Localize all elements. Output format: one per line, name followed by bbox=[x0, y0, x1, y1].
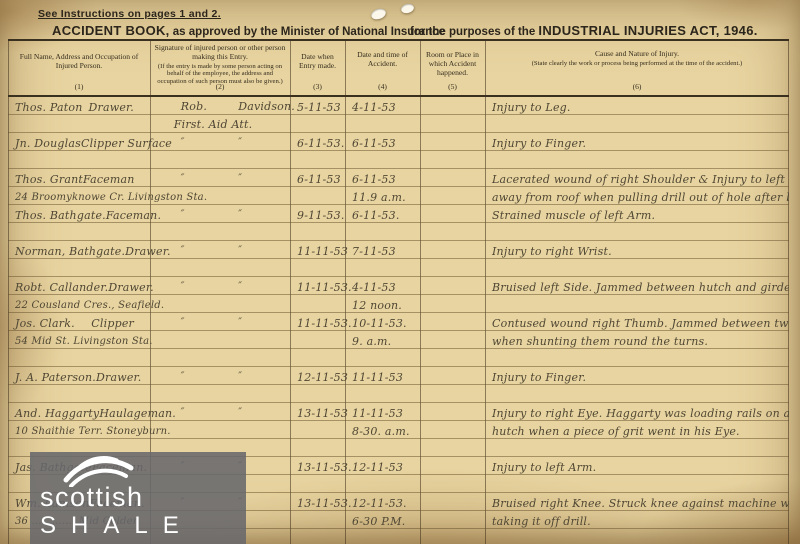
punch-hole-icon bbox=[400, 3, 415, 15]
watermark-text-shale: SHALE bbox=[40, 512, 194, 540]
ruled-line bbox=[290, 439, 345, 457]
record-row: Norman, Bathgate.Drawer.″″11-11-537-11-5… bbox=[8, 241, 789, 277]
ruled-line bbox=[420, 133, 485, 151]
ruled-line: 11-11-53 bbox=[290, 241, 345, 259]
handwritten-accident-time: 12 noon. bbox=[352, 300, 402, 311]
ruled-line bbox=[420, 511, 485, 529]
ruled-line: ″″ bbox=[150, 169, 290, 187]
place-cell bbox=[420, 457, 485, 493]
handwritten-cause: when shunting them round the turns. bbox=[492, 336, 708, 347]
accident-date-cell: 6-11-53 bbox=[345, 133, 420, 169]
ruled-line: away from roof when pulling drill out of… bbox=[485, 187, 789, 205]
handwritten-entry-date: 6-11-53. bbox=[297, 138, 345, 149]
name-cell: Thos. Bathgate.Faceman. bbox=[8, 205, 150, 241]
handwritten-accident-date: 10-11-53. bbox=[352, 318, 407, 329]
ruled-line: ″″ bbox=[150, 403, 290, 421]
ruled-line bbox=[420, 151, 485, 169]
ruled-line bbox=[485, 295, 789, 313]
handwritten-accident-date: 4-11-53 bbox=[352, 282, 396, 293]
ruled-line: Robt. Callander.Drawer. bbox=[8, 277, 150, 295]
handwritten-accident-date: 7-11-53 bbox=[352, 246, 396, 257]
ruled-line: ″″ bbox=[150, 367, 290, 385]
handwritten-signature: ″ bbox=[238, 138, 242, 148]
ruled-line bbox=[345, 385, 420, 403]
handwritten-signature-note: First. Aid Att. bbox=[174, 119, 253, 130]
ruled-line bbox=[345, 439, 420, 457]
ruled-line bbox=[420, 97, 485, 115]
ruled-line: 6-11-53 bbox=[345, 169, 420, 187]
ruled-line bbox=[420, 223, 485, 241]
ruled-line: 4-11-53 bbox=[345, 97, 420, 115]
column-number: (6) bbox=[485, 83, 789, 92]
handwritten-name: Jn. Douglas bbox=[15, 138, 81, 149]
record-row: And. HaggartyHaulageman.10 Shaithie Terr… bbox=[8, 403, 789, 457]
ruled-line: 11-11-53. bbox=[290, 277, 345, 295]
ruled-line: Injury to right Eye. Haggarty was loadin… bbox=[485, 403, 789, 421]
handwritten-entry-date: 13-11-53 bbox=[297, 408, 348, 419]
column-header-signature: Signature of injured person or other per… bbox=[150, 41, 290, 95]
handwritten-signature: ″ bbox=[181, 210, 185, 220]
ruled-line bbox=[420, 493, 485, 511]
ruled-line: 6-11-53. bbox=[345, 205, 420, 223]
ruled-line: 24 Broomyknowe Cr. Livingston Sta. bbox=[8, 187, 150, 205]
ruled-line bbox=[485, 529, 789, 544]
accident-date-cell: 12-11-53.6-30 P.M. bbox=[345, 493, 420, 544]
ruled-line bbox=[345, 223, 420, 241]
name-cell: Thos. GrantFaceman24 Broomyknowe Cr. Liv… bbox=[8, 169, 150, 205]
ruled-line: 22 Cousland Cres., Seafield. bbox=[8, 295, 150, 313]
handwritten-name: Jos. Clark. bbox=[15, 318, 75, 329]
ruled-line bbox=[485, 223, 789, 241]
ruled-line bbox=[150, 331, 290, 349]
ruled-line bbox=[290, 421, 345, 439]
ruled-line bbox=[290, 151, 345, 169]
ruled-line bbox=[290, 385, 345, 403]
ruled-line bbox=[420, 115, 485, 133]
accident-date-cell: 6-11-53. bbox=[345, 205, 420, 241]
column-header-note: (State clearly the work or process being… bbox=[489, 60, 785, 68]
ruled-line bbox=[8, 385, 150, 403]
ruled-line: ″″ bbox=[150, 205, 290, 223]
handwritten-entry-date: 13-11-53. bbox=[297, 498, 352, 509]
ruled-line bbox=[290, 259, 345, 277]
ruled-line bbox=[345, 529, 420, 544]
handwritten-signature: ″ bbox=[181, 408, 185, 418]
ruled-line bbox=[485, 115, 789, 133]
ruled-line: 9-11-53. bbox=[290, 205, 345, 223]
place-cell bbox=[420, 241, 485, 277]
record-row: Thos. Bathgate.Faceman.″″9-11-53.6-11-53… bbox=[8, 205, 789, 241]
column-header-cause: Cause and Nature of Injury. (State clear… bbox=[485, 41, 789, 95]
handwritten-name: Thos. Grant bbox=[15, 174, 83, 185]
ruled-line: Thos. Bathgate.Faceman. bbox=[8, 205, 150, 223]
handwritten-signature: ″ bbox=[181, 138, 185, 148]
ruled-line bbox=[290, 187, 345, 205]
ruled-line: Jos. Clark.Clipper bbox=[8, 313, 150, 331]
record-row: J. A. Paterson.Drawer.″″12-11-5311-11-53… bbox=[8, 367, 789, 403]
column-header-label: Date when Entry made. bbox=[299, 52, 336, 70]
place-cell bbox=[420, 169, 485, 205]
cause-cell: Strained muscle of left Arm. bbox=[485, 205, 789, 241]
ruled-line bbox=[420, 313, 485, 331]
ruled-line bbox=[420, 295, 485, 313]
cause-cell: Injury to left Arm. bbox=[485, 457, 789, 493]
handwritten-cause: Injury to Finger. bbox=[492, 138, 586, 149]
handwritten-accident-time: 8-30. a.m. bbox=[352, 426, 410, 437]
ruled-line: 13-11-53 bbox=[290, 403, 345, 421]
handwritten-occupation: Drawer. bbox=[96, 372, 155, 383]
handwritten-cause: taking it off drill. bbox=[492, 516, 591, 527]
handwritten-accident-date: 6-11-53 bbox=[352, 174, 396, 185]
ruled-line bbox=[290, 529, 345, 544]
handwritten-entry-date: 12-11-53 bbox=[297, 372, 348, 383]
entry-date-cell: 12-11-53 bbox=[290, 367, 345, 403]
ruled-line: taking it off drill. bbox=[485, 511, 789, 529]
entry-date-cell: 5-11-53 bbox=[290, 97, 345, 133]
entry-date-cell: 13-11-53. bbox=[290, 493, 345, 544]
ruled-line: Norman, Bathgate.Drawer. bbox=[8, 241, 150, 259]
ruled-line bbox=[290, 349, 345, 367]
ruled-line bbox=[420, 205, 485, 223]
handwritten-accident-time: 6-30 P.M. bbox=[352, 516, 405, 527]
accident-book-title: ACCIDENT BOOK, as approved by the Minist… bbox=[52, 23, 400, 38]
ruled-line: ″″ bbox=[150, 313, 290, 331]
accident-date-cell: 4-11-53 bbox=[345, 97, 420, 133]
ruled-line bbox=[150, 385, 290, 403]
accident-date-cell: 11-11-53 bbox=[345, 367, 420, 403]
accident-book-title-rest: as approved by the Minister of National … bbox=[170, 26, 445, 38]
ruled-line bbox=[420, 259, 485, 277]
ruled-line bbox=[290, 475, 345, 493]
signature-cell: ″″ bbox=[150, 133, 290, 169]
handwritten-signature: ″ bbox=[181, 372, 185, 382]
handwritten-cause: Bruised left Side. Jammed between hutch … bbox=[492, 282, 789, 293]
handwritten-cause: Injury to right Eye. Haggarty was loadin… bbox=[492, 408, 789, 419]
ruled-line bbox=[420, 421, 485, 439]
ruled-line bbox=[345, 115, 420, 133]
name-cell: Robt. Callander.Drawer.22 Cousland Cres.… bbox=[8, 277, 150, 313]
ruled-line bbox=[485, 349, 789, 367]
name-cell: Norman, Bathgate.Drawer. bbox=[8, 241, 150, 277]
cause-cell: Bruised left Side. Jammed between hutch … bbox=[485, 277, 789, 313]
ruled-line bbox=[8, 349, 150, 367]
column-header-label: Date and time of Accident. bbox=[357, 50, 408, 68]
ruled-line: 12-11-53 bbox=[345, 457, 420, 475]
ruled-line: Thos. PatonDrawer. bbox=[8, 97, 150, 115]
handwritten-signature: ″ bbox=[238, 372, 242, 382]
ruled-line bbox=[290, 511, 345, 529]
accident-date-cell: 4-11-5312 noon. bbox=[345, 277, 420, 313]
ruled-line bbox=[290, 295, 345, 313]
place-cell bbox=[420, 313, 485, 367]
ruled-line bbox=[420, 349, 485, 367]
ruled-line bbox=[485, 259, 789, 277]
entry-date-cell: 11-11-53. bbox=[290, 277, 345, 313]
handwritten-cause: Contused wound right Thumb. Jammed betwe… bbox=[492, 318, 789, 329]
entry-date-cell: 6-11-53 bbox=[290, 169, 345, 205]
cause-cell: Injury to Finger. bbox=[485, 133, 789, 169]
cause-cell: Bruised right Knee. Struck knee against … bbox=[485, 493, 789, 544]
ruled-line: 13-11-53. bbox=[290, 493, 345, 511]
column-number: (1) bbox=[8, 83, 150, 92]
ruled-line: Injury to Finger. bbox=[485, 133, 789, 151]
record-row: Thos. PatonDrawer.Rob.Davidson.First. Ai… bbox=[8, 97, 789, 133]
ruled-line bbox=[420, 331, 485, 349]
cause-cell: Injury to Leg. bbox=[485, 97, 789, 133]
ruled-line: Rob.Davidson. bbox=[150, 97, 290, 115]
scottish-shale-watermark: scottish SHALE bbox=[30, 452, 246, 544]
cause-cell: Injury to Finger. bbox=[485, 367, 789, 403]
handwritten-signature: ″ bbox=[181, 318, 185, 328]
entry-date-cell: 13-11-53 bbox=[290, 403, 345, 457]
record-row: Robt. Callander.Drawer.22 Cousland Cres.… bbox=[8, 277, 789, 313]
ruled-line bbox=[150, 349, 290, 367]
handwritten-name: Thos. Paton bbox=[15, 102, 82, 113]
ruled-line: Injury to left Arm. bbox=[485, 457, 789, 475]
handwritten-cause: Injury to right Wrist. bbox=[492, 246, 612, 257]
ruled-line: Contused wound right Thumb. Jammed betwe… bbox=[485, 313, 789, 331]
handwritten-cause: Lacerated wound of right Shoulder & Inju… bbox=[492, 174, 789, 185]
accident-date-cell: 10-11-53.9. a.m. bbox=[345, 313, 420, 367]
handwritten-occupation: Faceman bbox=[83, 174, 148, 185]
ruled-line bbox=[485, 439, 789, 457]
ruled-line bbox=[8, 259, 150, 277]
cause-cell: Lacerated wound of right Shoulder & Inju… bbox=[485, 169, 789, 205]
ruled-line: Injury to right Wrist. bbox=[485, 241, 789, 259]
name-cell: J. A. Paterson.Drawer. bbox=[8, 367, 150, 403]
column-header-label: Signature of injured person or other per… bbox=[155, 43, 286, 61]
handwritten-entry-date: 6-11-53 bbox=[297, 174, 341, 185]
ruled-line: Injury to Finger. bbox=[485, 367, 789, 385]
ruled-line: 11-11-53. bbox=[290, 313, 345, 331]
ruled-line bbox=[290, 115, 345, 133]
ruled-line: Thos. GrantFaceman bbox=[8, 169, 150, 187]
column-number: (5) bbox=[420, 83, 485, 92]
handwritten-signature: ″ bbox=[238, 408, 242, 418]
act-title-caps: INDUSTRIAL INJURIES ACT, 1946. bbox=[538, 23, 757, 38]
ruled-line bbox=[485, 385, 789, 403]
ruled-line: J. A. Paterson.Drawer. bbox=[8, 367, 150, 385]
entry-date-cell: 6-11-53. bbox=[290, 133, 345, 169]
handwritten-cause: Bruised right Knee. Struck knee against … bbox=[492, 498, 789, 509]
signature-cell: ″″ bbox=[150, 205, 290, 241]
handwritten-signature: ″ bbox=[181, 174, 185, 184]
ruled-line bbox=[150, 223, 290, 241]
cause-cell: Contused wound right Thumb. Jammed betwe… bbox=[485, 313, 789, 367]
ruled-line bbox=[290, 331, 345, 349]
ruled-line: 54 Mid St. Livingston Sta. bbox=[8, 331, 150, 349]
ruled-line: Injury to Leg. bbox=[485, 97, 789, 115]
ruled-line: 11-11-53 bbox=[345, 367, 420, 385]
ruled-line: Bruised right Knee. Struck knee against … bbox=[485, 493, 789, 511]
handwritten-cause: hutch when a piece of grit went in his E… bbox=[492, 426, 740, 437]
punch-hole-icon bbox=[370, 7, 387, 21]
accident-book-title-caps: ACCIDENT BOOK, bbox=[52, 23, 170, 38]
handwritten-address: 54 Mid St. Livingston Sta. bbox=[15, 337, 153, 347]
ruled-line bbox=[420, 241, 485, 259]
handwritten-name: Thos. Bathgate. bbox=[15, 210, 106, 221]
handwritten-address: 22 Cousland Cres., Seafield. bbox=[15, 301, 164, 311]
handwritten-accident-date: 4-11-53 bbox=[352, 102, 396, 113]
ruled-line bbox=[420, 187, 485, 205]
watermark-text-scottish: scottish bbox=[40, 484, 144, 511]
ruled-line: ″″ bbox=[150, 277, 290, 295]
column-header-label: Full Name, Address and Occupation of Inj… bbox=[20, 52, 139, 70]
ruled-line: 8-30. a.m. bbox=[345, 421, 420, 439]
place-cell bbox=[420, 97, 485, 133]
ruled-line bbox=[150, 421, 290, 439]
act-title: for the purposes of the INDUSTRIAL INJUR… bbox=[410, 23, 716, 38]
ruled-line: 7-11-53 bbox=[345, 241, 420, 259]
name-cell: Thos. PatonDrawer. bbox=[8, 97, 150, 133]
ruled-line bbox=[485, 475, 789, 493]
signature-cell: ″″ bbox=[150, 403, 290, 457]
handwritten-accident-time: 11.9 a.m. bbox=[352, 192, 406, 203]
handwritten-cause: Injury to Leg. bbox=[492, 102, 571, 113]
column-number: (4) bbox=[345, 83, 420, 92]
handwritten-signature: ″ bbox=[181, 282, 185, 292]
column-number: (3) bbox=[290, 83, 345, 92]
ruled-line: 6-11-53 bbox=[345, 133, 420, 151]
ruled-line bbox=[420, 367, 485, 385]
record-row: Jn. DouglasClipper Surface″″6-11-53.6-11… bbox=[8, 133, 789, 169]
ruled-line: 4-11-53 bbox=[345, 277, 420, 295]
signature-cell: ″″ bbox=[150, 277, 290, 313]
ruled-line bbox=[345, 259, 420, 277]
ruled-line: 6-11-53 bbox=[290, 169, 345, 187]
place-cell bbox=[420, 403, 485, 457]
ruled-line: Jn. DouglasClipper Surface bbox=[8, 133, 150, 151]
ruled-line bbox=[420, 457, 485, 475]
ruled-line bbox=[150, 151, 290, 169]
ruled-line bbox=[345, 151, 420, 169]
place-cell bbox=[420, 205, 485, 241]
handwritten-cause: Strained muscle of left Arm. bbox=[492, 210, 655, 221]
handwritten-accident-time: 9. a.m. bbox=[352, 336, 391, 347]
ruled-line bbox=[8, 115, 150, 133]
signature-cell: ″″ bbox=[150, 241, 290, 277]
record-row: Thos. GrantFaceman24 Broomyknowe Cr. Liv… bbox=[8, 169, 789, 205]
column-header-label: Cause and Nature of Injury. bbox=[595, 49, 679, 58]
cause-cell: Injury to right Wrist. bbox=[485, 241, 789, 277]
entry-date-cell: 11-11-53 bbox=[290, 241, 345, 277]
ruled-line: 12-11-53 bbox=[290, 367, 345, 385]
ruled-line: 10 Shaithie Terr. Stoneyburn. bbox=[8, 421, 150, 439]
handwritten-name: And. Haggarty bbox=[15, 408, 99, 419]
ruled-line bbox=[8, 151, 150, 169]
signature-cell: ″″ bbox=[150, 367, 290, 403]
ruled-line: And. HaggartyHaulageman. bbox=[8, 403, 150, 421]
handwritten-signature: Rob. bbox=[181, 101, 207, 112]
ruled-line: 6-30 P.M. bbox=[345, 511, 420, 529]
handwritten-entry-date: 9-11-53. bbox=[297, 210, 345, 221]
ruled-line: 9. a.m. bbox=[345, 331, 420, 349]
ruled-line: Lacerated wound of right Shoulder & Inju… bbox=[485, 169, 789, 187]
handwritten-occupation: Drawer. bbox=[88, 102, 147, 113]
column-header-entry-date: Date when Entry made. (3) bbox=[290, 41, 345, 95]
column-header-place: Room or Place in which Accident happened… bbox=[420, 41, 485, 95]
cause-cell: Injury to right Eye. Haggarty was loadin… bbox=[485, 403, 789, 457]
handwritten-signature: Davidson. bbox=[238, 101, 295, 112]
ruled-line: hutch when a piece of grit went in his E… bbox=[485, 421, 789, 439]
handwritten-cause: Injury to left Arm. bbox=[492, 462, 596, 473]
ruled-line bbox=[420, 403, 485, 421]
handwritten-entry-date: 11-11-53. bbox=[297, 282, 352, 293]
ruled-line: 5-11-53 bbox=[290, 97, 345, 115]
handwritten-name: J. A. Paterson. bbox=[15, 372, 96, 383]
ruled-line bbox=[420, 385, 485, 403]
column-number: (2) bbox=[150, 83, 290, 92]
place-cell bbox=[420, 277, 485, 313]
accident-date-cell: 12-11-53 bbox=[345, 457, 420, 493]
handwritten-name: Norman, Bathgate. bbox=[15, 246, 125, 257]
signature-cell: Rob.Davidson.First. Aid Att. bbox=[150, 97, 290, 133]
name-cell: And. HaggartyHaulageman.10 Shaithie Terr… bbox=[8, 403, 150, 457]
handwritten-entry-date: 11-11-53. bbox=[297, 318, 352, 329]
handwritten-accident-date: 11-11-53 bbox=[352, 372, 403, 383]
place-cell bbox=[420, 133, 485, 169]
handwritten-entry-date: 13-11-53. bbox=[297, 462, 352, 473]
handwritten-accident-date: 11-11-53 bbox=[352, 408, 403, 419]
ruled-line: Strained muscle of left Arm. bbox=[485, 205, 789, 223]
accident-date-cell: 7-11-53 bbox=[345, 241, 420, 277]
handwritten-address: 10 Shaithie Terr. Stoneyburn. bbox=[15, 427, 171, 437]
handwritten-signature: ″ bbox=[238, 318, 242, 328]
ruled-line: 10-11-53. bbox=[345, 313, 420, 331]
ruled-line bbox=[420, 169, 485, 187]
handwritten-entry-date: 5-11-53 bbox=[297, 102, 341, 113]
column-header-label: Room or Place in which Accident happened… bbox=[426, 50, 479, 77]
ruled-line bbox=[290, 223, 345, 241]
ruled-line: ″″ bbox=[150, 133, 290, 151]
ruled-line: 12-11-53. bbox=[345, 493, 420, 511]
ruled-line bbox=[150, 259, 290, 277]
handwritten-signature: ″ bbox=[181, 246, 185, 256]
handwritten-signature: ″ bbox=[238, 210, 242, 220]
place-cell bbox=[420, 367, 485, 403]
ruled-line bbox=[420, 475, 485, 493]
ruled-line: 13-11-53. bbox=[290, 457, 345, 475]
ruled-line bbox=[420, 277, 485, 295]
signature-cell: ″″ bbox=[150, 313, 290, 367]
handwritten-occupation: Clipper bbox=[91, 318, 147, 329]
ruled-line: Bruised left Side. Jammed between hutch … bbox=[485, 277, 789, 295]
ruled-line: ″″ bbox=[150, 241, 290, 259]
ruled-line: 11-11-53 bbox=[345, 403, 420, 421]
ruled-line bbox=[345, 475, 420, 493]
handwritten-cause: Injury to Finger. bbox=[492, 372, 586, 383]
handwritten-entry-date: 11-11-53 bbox=[297, 246, 348, 257]
handwritten-accident-date: 6-11-53. bbox=[352, 210, 400, 221]
handwritten-name: Robt. Callander. bbox=[15, 282, 108, 293]
handwritten-cause: away from roof when pulling drill out of… bbox=[492, 192, 789, 203]
column-header-accident-date: Date and time of Accident. (4) bbox=[345, 41, 420, 95]
record-row: Jos. Clark.Clipper54 Mid St. Livingston … bbox=[8, 313, 789, 367]
handwritten-signature: ″ bbox=[238, 246, 242, 256]
handwritten-accident-date: 6-11-53 bbox=[352, 138, 396, 149]
name-cell: Jn. DouglasClipper Surface bbox=[8, 133, 150, 169]
ruled-line: First. Aid Att. bbox=[150, 115, 290, 133]
ruled-line bbox=[150, 295, 290, 313]
ruled-line bbox=[150, 187, 290, 205]
ruled-line bbox=[485, 151, 789, 169]
place-cell bbox=[420, 493, 485, 544]
ruled-line bbox=[8, 223, 150, 241]
ruled-line: when shunting them round the turns. bbox=[485, 331, 789, 349]
handwritten-signature: ″ bbox=[238, 174, 242, 184]
act-title-pre: for the purposes of the bbox=[410, 26, 538, 38]
handwritten-signature: ″ bbox=[238, 282, 242, 292]
